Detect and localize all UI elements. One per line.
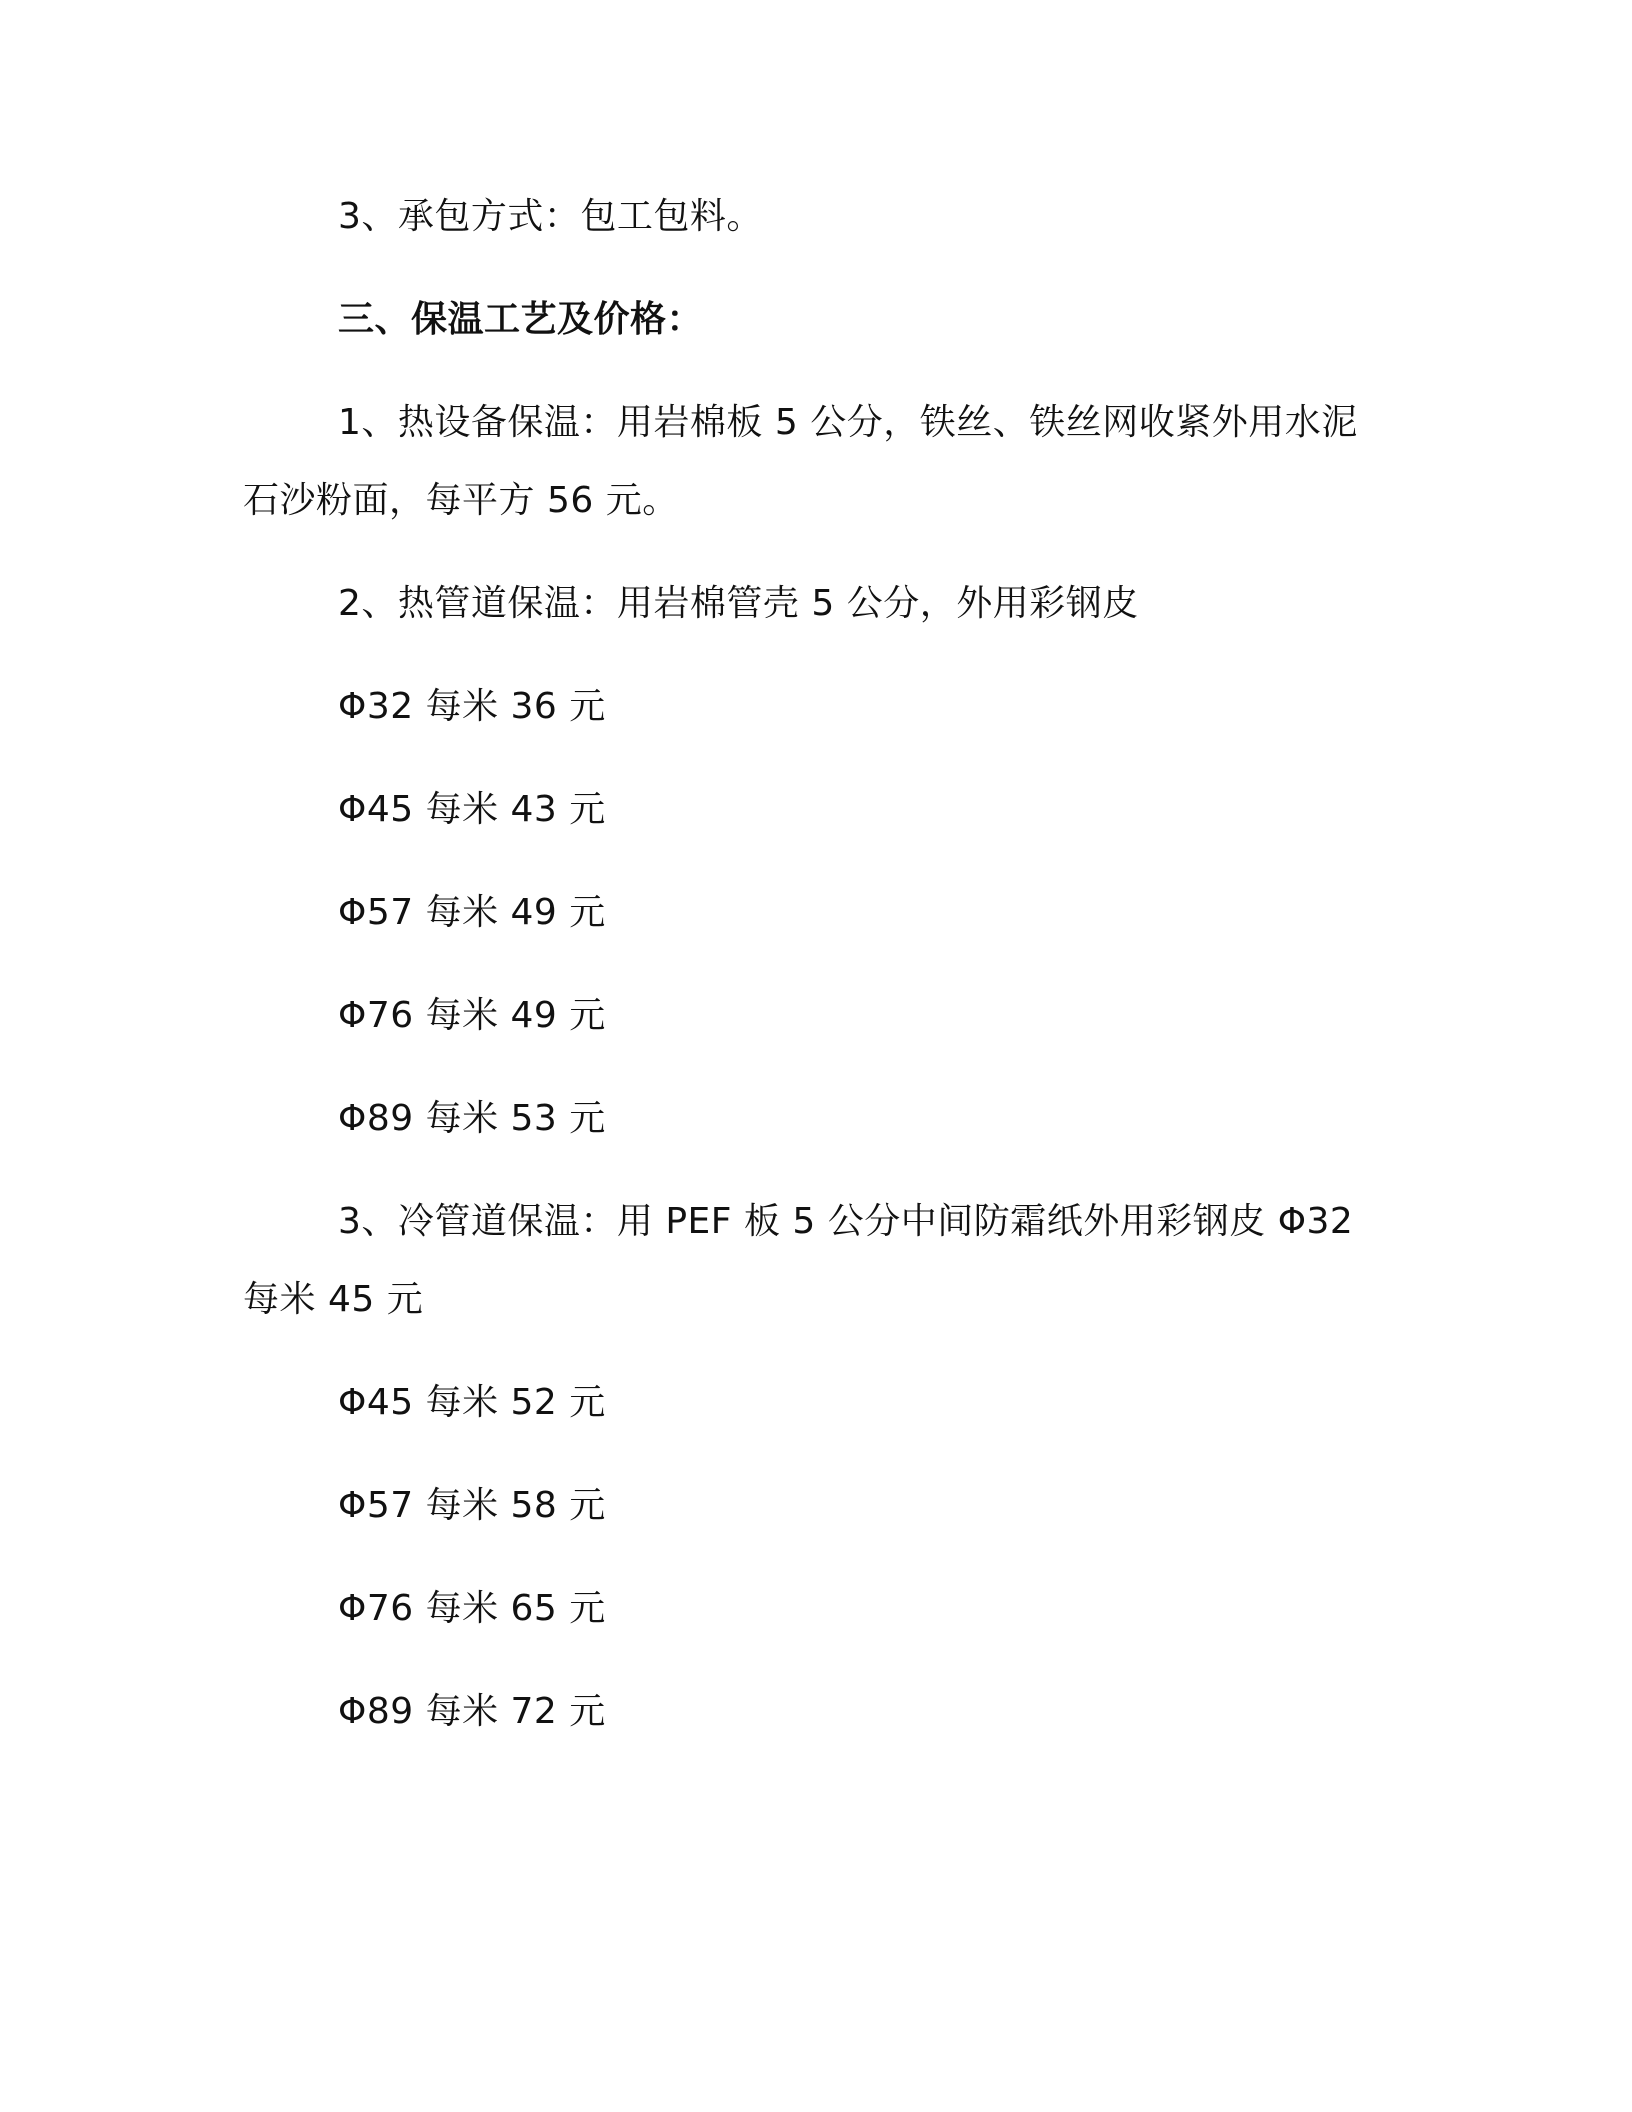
document-page: 3、承包方式：包工包料。 三、保温工艺及价格： 1、热设备保温：用岩棉板 5 公… <box>243 178 1368 1776</box>
cold-pipe-price-line: Φ45 每米 52 元 <box>243 1364 1368 1442</box>
cold-pipe-paragraph: 3、冷管道保温：用 PEF 板 5 公分中间防霜纸外用彩钢皮 Φ32 每米 45… <box>243 1183 1368 1339</box>
section-heading-insulation: 三、保温工艺及价格： <box>243 281 1368 359</box>
hot-pipe-price-line: Φ57 每米 49 元 <box>243 874 1368 952</box>
cold-pipe-price-line: Φ57 每米 58 元 <box>243 1467 1368 1545</box>
hot-pipe-price-line: Φ76 每米 49 元 <box>243 977 1368 1055</box>
cold-pipe-price-line: Φ76 每米 65 元 <box>243 1570 1368 1648</box>
cold-pipe-price-line: Φ89 每米 72 元 <box>243 1673 1368 1751</box>
hot-pipe-price-line: Φ89 每米 53 元 <box>243 1080 1368 1158</box>
contract-method-paragraph: 3、承包方式：包工包料。 <box>243 178 1368 256</box>
hot-pipe-price-line: Φ32 每米 36 元 <box>243 668 1368 746</box>
hot-pipe-price-line: Φ45 每米 43 元 <box>243 771 1368 849</box>
hot-equipment-paragraph: 1、热设备保温：用岩棉板 5 公分，铁丝、铁丝网收紧外用水泥石沙粉面，每平方 5… <box>243 384 1368 540</box>
hot-pipe-paragraph: 2、热管道保温：用岩棉管壳 5 公分，外用彩钢皮 <box>243 565 1368 643</box>
